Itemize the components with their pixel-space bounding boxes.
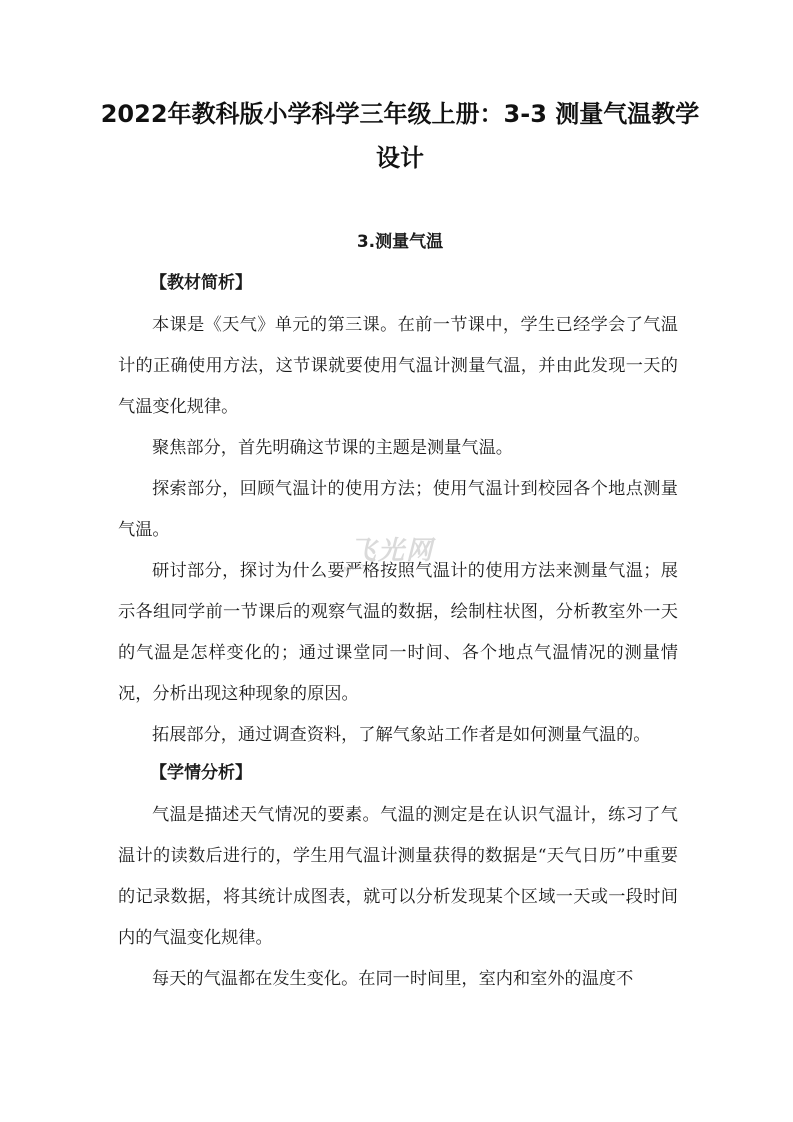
section-heading-student-analysis: 【学情分析】 (150, 760, 252, 786)
document-title: 2022年教科版小学科学三年级上册：3-3 测量气温教学设计 (100, 92, 700, 180)
paragraph: 研讨部分，探讨为什么要严格按照气温计的使用方法来测量气温；展示各组同学前一节课后… (118, 551, 678, 715)
paragraph: 每天的气温都在发生变化。在同一时间里，室内和室外的温度不 (118, 959, 678, 1000)
paragraph: 聚焦部分，首先明确这节课的主题是测量气温。 (118, 428, 678, 469)
lesson-title: 3.测量气温 (100, 229, 700, 255)
document-page: 2022年教科版小学科学三年级上册：3-3 测量气温教学设计 3.测量气温 【教… (0, 0, 793, 1122)
paragraph: 本课是《天气》单元的第三课。在前一节课中，学生已经学会了气温计的正确使用方法，这… (118, 305, 678, 428)
paragraph: 拓展部分，通过调查资料，了解气象站工作者是如何测量气温的。 (118, 715, 678, 756)
section-heading-textbook-analysis: 【教材简析】 (150, 270, 252, 296)
paragraph: 气温是描述天气情况的要素。气温的测定是在认识气温计，练习了气温计的读数后进行的，… (118, 795, 678, 959)
